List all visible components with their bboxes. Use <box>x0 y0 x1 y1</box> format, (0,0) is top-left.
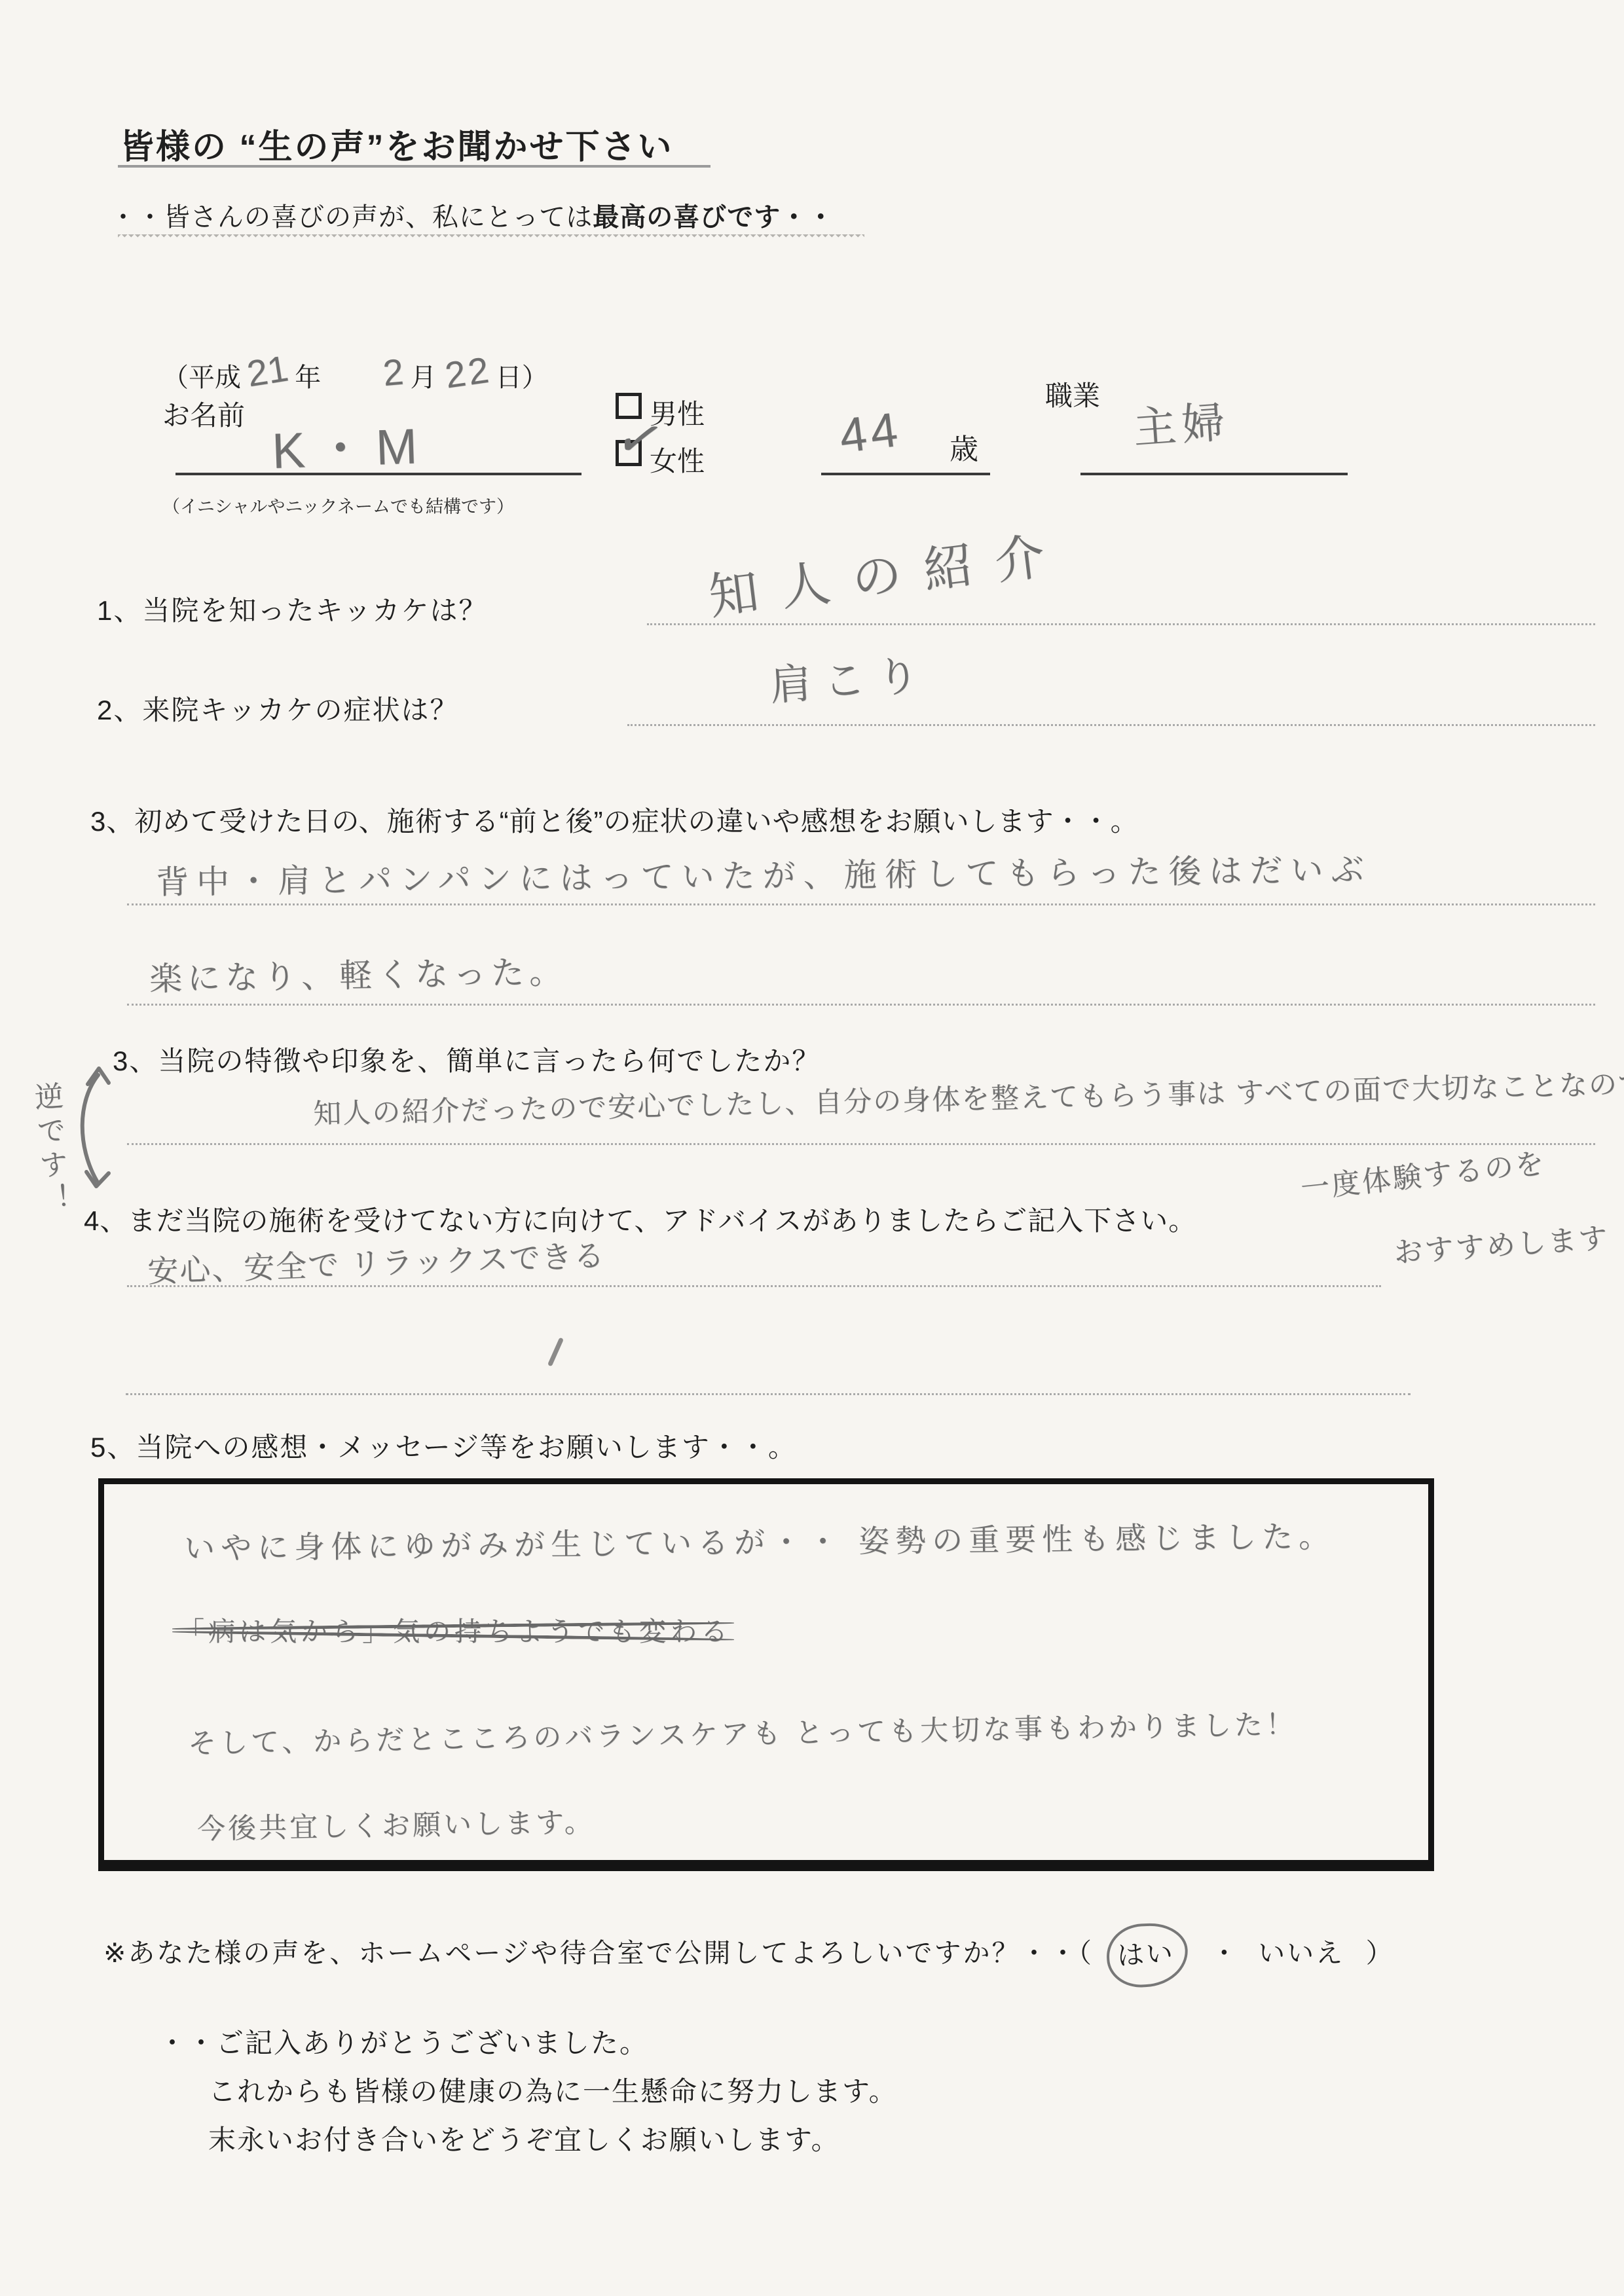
subtitle-suffix: です・・ <box>727 203 834 232</box>
question-3-answer-rule-1 <box>127 903 1595 905</box>
question-2-answer: 肩こり <box>767 642 932 713</box>
swap-arrow-icon <box>60 1061 126 1195</box>
message-line-2: 「病は気から」気の持ちようでも変わる <box>177 1610 731 1649</box>
date-day-label: 日） <box>496 357 548 394</box>
subtitle-wavy-underline <box>118 234 864 240</box>
question-3b-label: 3、当院の特徴や印象を、簡単に言ったら何でしたか？ <box>113 1040 821 1079</box>
question-3-answer-rule-2 <box>127 1004 1595 1006</box>
publication-question-close: ） <box>1366 1938 1395 1968</box>
scanned-questionnaire-page: 皆様の “生の声”をお聞かせ下さい ・・皆さんの喜びの声が、私にとっては最高の喜… <box>0 0 1624 2296</box>
question-4-answer-rule-2 <box>126 1393 1411 1395</box>
title-underline <box>118 165 710 168</box>
question-3-answer-line1: 背中・肩とパンパンにはっていたが、施術してもらった後はだいぶ <box>156 843 1372 903</box>
question-1-label: 1、当院を知ったキッカケは？ <box>97 589 488 629</box>
question-3-label: 3、初めて受けた日の、施術する“前と後”の症状の違いや感想をお願いします・・。 <box>90 800 1139 839</box>
question-3-answer-line2: 楽になり、軽くなった。 <box>149 945 567 1000</box>
date-era-label: （平成 <box>162 357 241 394</box>
publication-consent-line: ※あなた様の声を、ホームページや待合室で公開してよろしいですか？・・（ はい ・… <box>103 1922 1395 1986</box>
message-line-1: いやに身体にゆがみが生じているが・・ 姿勢の重要性も感じました。 <box>184 1512 1336 1568</box>
struck-text: 「病は気から」気の持ちようでも変わる <box>177 1610 731 1649</box>
message-line-4: 今後共宜しくお願いします。 <box>197 1800 596 1848</box>
date-line: （平成 21 年 2 月 22 日） <box>162 352 548 395</box>
name-label: お名前 <box>162 394 245 433</box>
date-year-label: 年 <box>295 357 321 394</box>
date-year-value: 21 <box>244 347 291 395</box>
occupation-value: 主婦 <box>1131 387 1232 456</box>
publication-question: ※あなた様の声を、ホームページや待合室で公開してよろしいですか？・・（ <box>103 1938 1094 1968</box>
subtitle: ・・皆さんの喜びの声が、私にとっては最高の喜びです・・ <box>110 196 834 234</box>
name-value: K・M <box>270 406 429 483</box>
closing-line-2: これからも皆様の健康の為に一生懸命に努力します。 <box>208 2070 898 2109</box>
message-box: いやに身体にゆがみが生じているが・・ 姿勢の重要性も感じました。 「病は気から」… <box>98 1478 1434 1871</box>
date-month-label: 月 <box>410 357 436 394</box>
age-value: 44 <box>836 401 904 464</box>
question-1-answer-line <box>647 623 1595 625</box>
question-4-answer: 安心、安全で リラックスできる <box>147 1231 606 1291</box>
subtitle-prefix: ・・皆さんの喜びの声が、私にとっては <box>110 203 593 232</box>
age-underline <box>821 473 990 475</box>
female-label: 女性 <box>650 440 705 479</box>
question-4-side-note-line1: 一度体験するのを <box>1299 1140 1548 1207</box>
page-title: 皆様の “生の声”をお聞かせ下さい <box>120 119 673 168</box>
question-4-label: 4、まだ当院の施術を受けてない方に向けて、アドバイスがありましたらご記入下さい。 <box>84 1199 1196 1239</box>
publication-option-separator: ・ <box>1211 1938 1240 1968</box>
subtitle-highlight: 最高の喜び <box>593 203 727 232</box>
age-unit-label: 歳 <box>950 426 978 467</box>
question-2-label: 2、来院キッカケの症状は？ <box>97 689 459 728</box>
question-3b-answer-rule <box>127 1143 1595 1145</box>
closing-line-3: 末永いお付き合いをどうぞ宜しくお願いします。 <box>208 2119 840 2158</box>
occupation-label: 職業 <box>1045 374 1100 414</box>
publication-yes-option-circled: はい <box>1105 1922 1190 1989</box>
question-2-answer-line <box>627 724 1595 726</box>
message-line-3: そして、からだとこころのバランスケアも とっても大切な事もわかりました！ <box>188 1702 1298 1762</box>
name-underline <box>175 473 581 475</box>
occupation-underline <box>1080 473 1348 475</box>
date-day-value: 22 <box>443 348 494 396</box>
date-month-value: 2 <box>381 350 405 394</box>
question-1-answer: 知人の紹介 <box>704 514 1070 629</box>
stray-pen-mark <box>547 1338 564 1367</box>
question-5-label: 5、当院への感想・メッセージ等をお願いします・・。 <box>90 1426 797 1465</box>
question-4-side-note-line2: おすすめします <box>1392 1214 1610 1271</box>
publication-no-option: いいえ <box>1258 1938 1344 1968</box>
name-note: （イニシャルやニックネームでも結構です） <box>162 492 514 518</box>
closing-line-1: ・・ご記入ありがとうございました。 <box>158 2022 648 2061</box>
question-4-answer-rule-1 <box>127 1285 1381 1287</box>
